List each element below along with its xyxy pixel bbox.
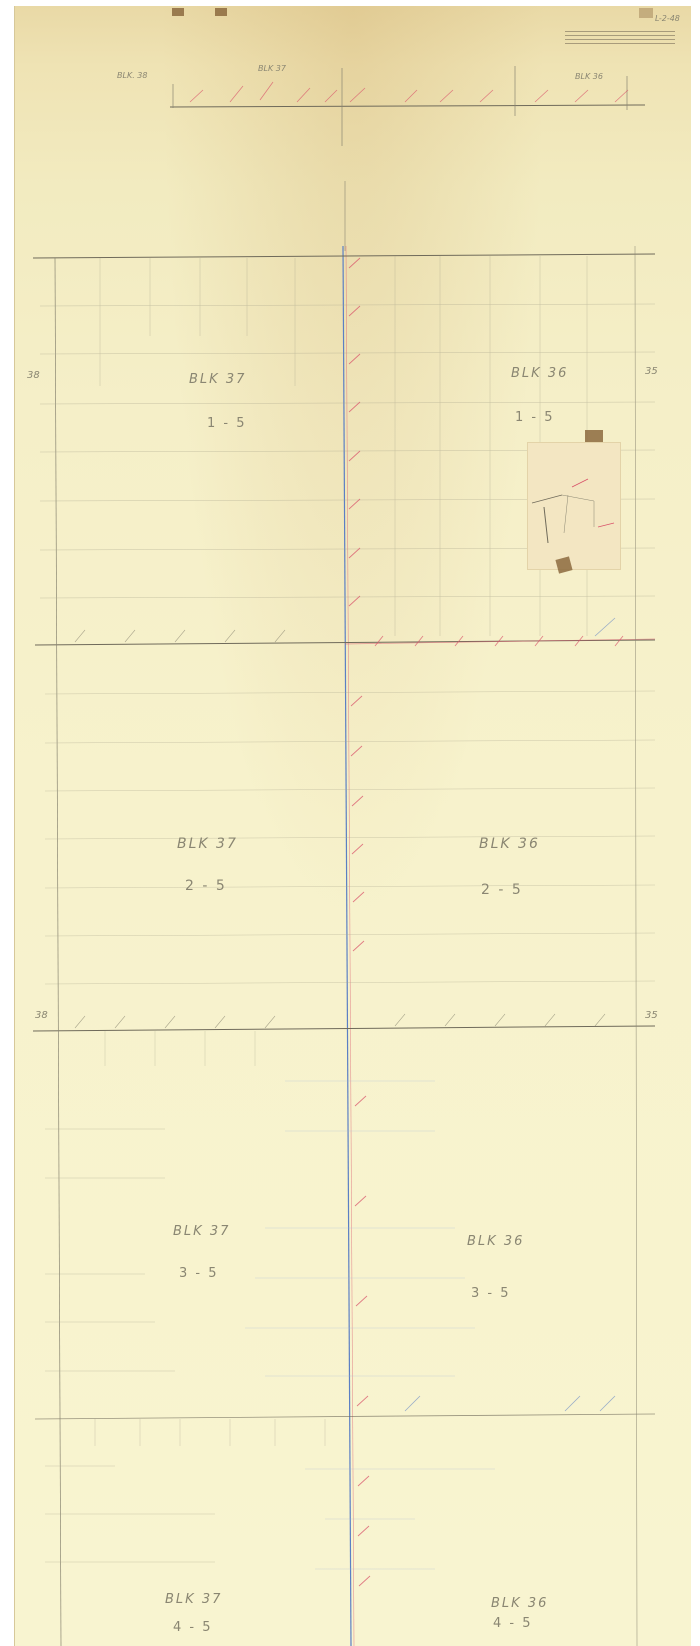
margin-number-right: 35 <box>645 366 658 377</box>
block-label: BLK 36 <box>491 1596 548 1611</box>
block-subdivision: 1 - 5 <box>207 416 247 431</box>
tape-piece <box>585 430 603 442</box>
block-subdivision: 2 - 5 <box>481 882 523 898</box>
top-strip-label-left: BLK 37 <box>258 64 286 73</box>
pasted-sketch-insert <box>527 442 621 570</box>
block-label: BLK 36 <box>511 366 568 381</box>
margin-number-left: 38 <box>27 370 40 381</box>
block-subdivision: 4 - 5 <box>493 1616 533 1631</box>
top-label-left: BLK. 38 <box>117 71 147 80</box>
survey-map-sheet: L-2-48 BLK. 38 BLK 37 BLK 36 38 35 38 35… <box>14 6 691 1646</box>
margin-number-left: 38 <box>35 1010 48 1021</box>
tape-piece <box>172 8 184 16</box>
block-label: BLK 37 <box>189 372 246 387</box>
tape-piece <box>215 8 227 16</box>
survey-grid <box>15 6 691 1646</box>
title-block <box>565 28 675 52</box>
tape-piece <box>639 8 653 18</box>
sheet-number: L-2-48 <box>655 14 680 23</box>
block-label: BLK 37 <box>177 836 238 852</box>
top-strip-label-right: BLK 36 <box>575 72 603 81</box>
block-label: BLK 37 <box>173 1224 230 1239</box>
block-label: BLK 36 <box>467 1234 524 1249</box>
margin-number-right: 35 <box>645 1010 658 1021</box>
block-subdivision: 2 - 5 <box>185 878 227 894</box>
block-subdivision: 4 - 5 <box>173 1620 213 1635</box>
block-label: BLK 36 <box>479 836 540 852</box>
block-subdivision: 3 - 5 <box>179 1266 219 1281</box>
block-subdivision: 3 - 5 <box>471 1286 511 1301</box>
block-label: BLK 37 <box>165 1592 222 1607</box>
block-subdivision: 1 - 5 <box>515 410 555 425</box>
